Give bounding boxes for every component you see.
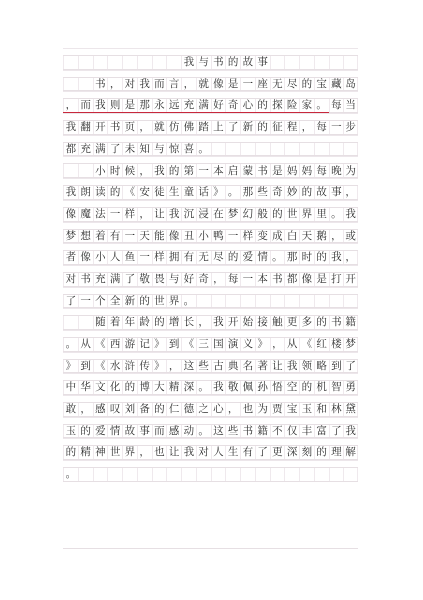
grid-cell: 刘 [122, 403, 137, 416]
grid-cell: 增 [166, 316, 181, 329]
grid-cell: 佩 [240, 381, 255, 394]
grid-cell [343, 56, 358, 69]
grid-cell [63, 164, 78, 177]
grid-cell: 的 [152, 403, 167, 416]
grid-cell: 和 [314, 403, 329, 416]
grid-cell: 安 [137, 186, 152, 199]
cell-strip: ，而我则是那永远充满好奇心的探险家。每当 [63, 98, 358, 113]
grid-cell: 界 [299, 208, 314, 221]
cell-strip: 我翻开书页，就仿佛踏上了新的征程，每一步 [63, 120, 358, 135]
grid-cell [225, 468, 240, 481]
grid-cell: 言 [166, 78, 181, 91]
grid-cell: 孙 [255, 381, 270, 394]
grid-cell: 刻 [299, 446, 314, 459]
grid-cell [284, 295, 299, 308]
grid-cell: 长 [181, 316, 196, 329]
grid-cell: 一 [122, 230, 137, 243]
grid-cell: 充 [78, 143, 93, 156]
grid-cell: 化 [107, 381, 122, 394]
grid-cell [93, 468, 108, 481]
cell-strip: 小时候，我的第一本启蒙书是妈妈每晚为 [63, 163, 358, 178]
grid-cell: 。 [63, 338, 78, 351]
grid-cell: 永 [152, 99, 167, 112]
grid-cell: 《 [181, 338, 196, 351]
grid-cell: 智 [329, 381, 344, 394]
grid-cell: 一 [329, 121, 344, 134]
grid-cell: 浸 [196, 208, 211, 221]
grid-cell: 故 [240, 56, 255, 69]
grid-cell: 个 [93, 295, 108, 308]
grid-cell: 那 [240, 186, 255, 199]
grid-cell: 仅 [284, 425, 299, 438]
grid-cell: 满 [107, 273, 122, 286]
grid-cell: 些 [255, 186, 270, 199]
grid-cell: 富 [314, 425, 329, 438]
grid-cell [196, 295, 211, 308]
grid-cell: 的 [255, 99, 270, 112]
grid-cell: 拥 [166, 251, 181, 264]
grid-cell: 梦 [225, 208, 240, 221]
grid-cell [93, 56, 108, 69]
grid-cell: 小 [93, 251, 108, 264]
grid-cell: 每 [329, 99, 344, 112]
grid-cell: 情 [107, 425, 122, 438]
cell-strip: 玉的爱情故事而感动。这些书籍不仅丰富了我 [63, 424, 358, 439]
grid-cell: 悟 [270, 381, 285, 394]
grid-cell: 妙 [284, 186, 299, 199]
grid-cell: 这 [211, 425, 226, 438]
grid-cell: 每 [314, 164, 329, 177]
text-row: 的精神世界，也让我对人生有了更深刻的理解 [63, 438, 358, 460]
grid-cell: 喜 [181, 143, 196, 156]
text-row: 者像小人鱼一样拥有无尽的爱情。那时的我， [63, 243, 358, 265]
grid-cell: 而 [152, 78, 167, 91]
grid-cell: 楼 [329, 338, 344, 351]
grid-cell: 是 [270, 164, 285, 177]
grid-cell: 到 [166, 338, 181, 351]
grid-cell [240, 295, 255, 308]
grid-cell: 水 [107, 360, 122, 373]
grid-cell [299, 468, 314, 481]
title-row: 我与书的故事 [63, 48, 358, 70]
grid-cell: 随 [93, 316, 108, 329]
grid-cell: 》 [152, 338, 167, 351]
grid-cell: 全 [107, 295, 122, 308]
grid-cell: 到 [78, 360, 93, 373]
grid-cell: 。 [225, 186, 240, 199]
grid-cell: 畏 [152, 273, 167, 286]
grid-cell: 国 [211, 338, 226, 351]
grid-cell: 佛 [181, 121, 196, 134]
grid-cell [270, 143, 285, 156]
cell-strip: 者像小人鱼一样拥有无尽的爱情。那时的我， [63, 250, 358, 265]
grid-cell: 满 [93, 143, 108, 156]
grid-cell: 的 [299, 381, 314, 394]
grid-cell: 候 [122, 164, 137, 177]
grid-cell: ， [137, 164, 152, 177]
grid-cell [152, 56, 167, 69]
grid-cell: 游 [122, 338, 137, 351]
grid-cell: 我 [181, 56, 196, 69]
grid-cell: 神 [93, 446, 108, 459]
grid-cell [299, 143, 314, 156]
grid-cell: 古 [211, 360, 226, 373]
grid-cell: 了 [255, 446, 270, 459]
grid-cell: 鱼 [122, 251, 137, 264]
grid-cell: 大 [152, 381, 167, 394]
grid-cell: 这 [181, 360, 196, 373]
grid-cell: 让 [152, 208, 167, 221]
grid-cell: ， [211, 273, 226, 286]
grid-cell: 《 [122, 186, 137, 199]
grid-cell: 深 [284, 446, 299, 459]
grid-cell: 我 [152, 164, 167, 177]
grid-cell [343, 295, 358, 308]
grid-cell: 西 [107, 338, 122, 351]
grid-cell: 世 [107, 446, 122, 459]
grid-cell: 晚 [329, 164, 344, 177]
grid-cell: 》 [211, 186, 226, 199]
cell-strip: 了一个全新的世界。 [63, 294, 358, 309]
text-row: 。 [63, 460, 358, 482]
grid-cell: 我 [211, 381, 226, 394]
grid-cell: 始 [240, 316, 255, 329]
grid-cell: ， [78, 403, 93, 416]
grid-cell: 的 [122, 381, 137, 394]
grid-cell: 而 [78, 99, 93, 112]
grid-cell: 演 [225, 338, 240, 351]
grid-cell: ， [299, 121, 314, 134]
grid-cell: 生 [166, 186, 181, 199]
grid-cell: 沉 [181, 208, 196, 221]
grid-cell: 幻 [240, 208, 255, 221]
grid-cell: 充 [181, 99, 196, 112]
text-row: ，而我则是那永远充满好奇心的探险家。每当 [63, 91, 358, 113]
grid-cell: 的 [137, 295, 152, 308]
grid-cell: 则 [107, 99, 122, 112]
grid-cell: 无 [270, 78, 285, 91]
grid-cell: ， [181, 78, 196, 91]
grid-cell: 无 [196, 251, 211, 264]
grid-cell: 书 [78, 273, 93, 286]
grid-cell: 人 [107, 251, 122, 264]
grid-cell: 远 [166, 99, 181, 112]
grid-cell: 像 [78, 251, 93, 264]
grid-cell [137, 468, 152, 481]
grid-cell [284, 468, 299, 481]
grid-cell: 书 [240, 425, 255, 438]
grid-cell: 空 [284, 381, 299, 394]
grid-cell: 。 [329, 208, 344, 221]
grid-cell: 多 [299, 316, 314, 329]
grid-bottom-border [63, 548, 358, 549]
grid-cell: 我 [343, 425, 358, 438]
grid-cell: 心 [240, 99, 255, 112]
grid-cell: 为 [343, 164, 358, 177]
grid-cell: 爱 [93, 425, 108, 438]
grid-cell [63, 56, 78, 69]
grid-cell: 一 [107, 208, 122, 221]
grid-cell [329, 295, 344, 308]
grid-cell: 每 [225, 273, 240, 286]
grid-cell [78, 316, 93, 329]
grid-cell: 朗 [78, 186, 93, 199]
grid-cell: 蒙 [240, 164, 255, 177]
grid-cell: 勇 [343, 381, 358, 394]
grid-cell: 是 [122, 99, 137, 112]
grid-cell: 》 [63, 360, 78, 373]
grid-cell: 是 [314, 273, 329, 286]
grid-cell: 魔 [78, 208, 93, 221]
grid-cell: 的 [152, 316, 167, 329]
grid-cell: 鹅 [314, 230, 329, 243]
grid-cell: 或 [343, 230, 358, 243]
text-row: 梦想着有一天能像丑小鸭一样变成白天鹅，或 [63, 222, 358, 244]
grid-cell: 程 [284, 121, 299, 134]
grid-cell: 开 [93, 121, 108, 134]
grid-cell: 事 [255, 56, 270, 69]
grid-cell: ， [329, 230, 344, 243]
cell-strip: 我朗读的《安徒生童话》。那些奇妙的故事， [63, 185, 358, 200]
text-row: 我朗读的《安徒生童话》。那些奇妙的故事， [63, 178, 358, 200]
grid-cell: 著 [255, 360, 270, 373]
cell-strip: 我与书的故事 [63, 55, 358, 70]
grid-cell: 解 [343, 446, 358, 459]
grid-cell: 好 [181, 273, 196, 286]
grid-cell [166, 56, 181, 69]
grid-cell: 天 [137, 230, 152, 243]
grid-cell: ， [270, 338, 285, 351]
grid-cell: 妈 [284, 164, 299, 177]
cell-strip: 对书充满了敬畏与好奇，每一本书都像是打开 [63, 272, 358, 287]
grid-cell [63, 316, 78, 329]
grid-cell: 对 [196, 446, 211, 459]
grid-cell: ， [137, 208, 152, 221]
grid-cell: 玉 [299, 403, 314, 416]
grid-cell: ， [225, 403, 240, 416]
grid-cell: 就 [152, 121, 167, 134]
grid-cell: 的 [299, 186, 314, 199]
grid-cell [78, 164, 93, 177]
grid-cell: 。 [181, 295, 196, 308]
grid-cell: 的 [270, 208, 285, 221]
grid-cell: 理 [329, 446, 344, 459]
grid-cell: 样 [152, 251, 167, 264]
grid-cell [255, 295, 270, 308]
grid-cell: 丰 [299, 425, 314, 438]
grid-cell: 着 [107, 316, 122, 329]
grid-cell: 籍 [343, 316, 358, 329]
grid-cell [78, 468, 93, 481]
text-row: 书，对我而言，就像是一座无尽的宝藏岛 [63, 70, 358, 92]
grid-cell [122, 468, 137, 481]
grid-cell [329, 468, 344, 481]
grid-cell: 为 [255, 403, 270, 416]
grid-cell: 妈 [299, 164, 314, 177]
grid-cell: 样 [122, 208, 137, 221]
grid-cell: 仿 [166, 121, 181, 134]
grid-cell: 有 [107, 230, 122, 243]
grid-cell: 玉 [63, 425, 78, 438]
cell-strip: 随着年龄的增长，我开始接触更多的书籍 [63, 315, 358, 330]
text-row: 了一个全新的世界。 [63, 287, 358, 309]
grid-cell: 奇 [196, 273, 211, 286]
grid-cell: 精 [166, 381, 181, 394]
grid-cell [211, 295, 226, 308]
grid-cell [329, 56, 344, 69]
grid-cell: 打 [329, 273, 344, 286]
grid-cell: 与 [152, 143, 167, 156]
grid-cell: 了 [225, 121, 240, 134]
grid-cell: 上 [211, 121, 226, 134]
grid-cell: 书 [211, 56, 226, 69]
grid-cell: 法 [93, 208, 108, 221]
grid-cell: 而 [152, 425, 167, 438]
grid-cell: 事 [329, 186, 344, 199]
grid-cell: 是 [225, 78, 240, 91]
grid-cell: 都 [284, 273, 299, 286]
grid-cell: 的 [107, 186, 122, 199]
grid-cell: 略 [314, 360, 329, 373]
grid-cell: 能 [152, 230, 167, 243]
grid-cell: 奇 [270, 186, 285, 199]
grid-cell [299, 295, 314, 308]
grid-cell: 踏 [196, 121, 211, 134]
grid-cell: 变 [255, 230, 270, 243]
grid-cell: 备 [137, 403, 152, 416]
grid-cell: 开 [343, 273, 358, 286]
grid-cell: 让 [270, 360, 285, 373]
grid-cell: 动 [181, 425, 196, 438]
grid-cell: 《 [93, 360, 108, 373]
grid-cell: 爱 [240, 251, 255, 264]
grid-cell: 每 [314, 121, 329, 134]
grid-cell [225, 295, 240, 308]
grid-cell: ， [137, 446, 152, 459]
grid-cell: 本 [211, 164, 226, 177]
grid-cell: 。 [196, 143, 211, 156]
grid-cell: 满 [196, 99, 211, 112]
grid-cell: 天 [299, 230, 314, 243]
grid-cell: 感 [166, 425, 181, 438]
grid-cell: 与 [166, 273, 181, 286]
grid-cell: 。 [196, 381, 211, 394]
grid-cell: 更 [270, 446, 285, 459]
text-row: 敢，感叹刘备的仁德之心，也为贾宝玉和林黛 [63, 395, 358, 417]
grid-cell: 的 [299, 78, 314, 91]
grid-cell [78, 78, 93, 91]
grid-cell: 一 [137, 251, 152, 264]
grid-cell: 世 [284, 208, 299, 221]
grid-cell: 精 [78, 446, 93, 459]
grid-cell: 有 [181, 251, 196, 264]
grid-cell: 深 [181, 381, 196, 394]
grid-cell: 童 [181, 186, 196, 199]
grid-cell [314, 56, 329, 69]
grid-cell: 知 [137, 143, 152, 156]
grid-cell: 记 [137, 338, 152, 351]
grid-cell: 像 [166, 230, 181, 243]
grid-cell: 界 [166, 295, 181, 308]
grid-cell: 。 [63, 468, 78, 481]
grid-cell [196, 468, 211, 481]
grid-cell: 华 [78, 381, 93, 394]
grid-cell: 本 [255, 273, 270, 286]
grid-cell: 浒 [122, 360, 137, 373]
grid-cell [284, 143, 299, 156]
grid-cell: 在 [211, 208, 226, 221]
grid-cell [270, 295, 285, 308]
grid-cell: 《 [299, 338, 314, 351]
grid-cell: 了 [329, 425, 344, 438]
grid-cell: 故 [122, 425, 137, 438]
grid-cell: 中 [63, 381, 78, 394]
grid-cell [181, 468, 196, 481]
grid-cell: 征 [270, 121, 285, 134]
grid-cell: 。 [270, 251, 285, 264]
grid-cell: 一 [78, 295, 93, 308]
grid-cell: 之 [196, 403, 211, 416]
grid-cell [240, 143, 255, 156]
grid-cell: 书 [93, 78, 108, 91]
grid-cell [314, 143, 329, 156]
grid-cell: 传 [137, 360, 152, 373]
grid-cell [270, 468, 285, 481]
grid-cell: 年 [122, 316, 137, 329]
grid-cell [343, 468, 358, 481]
grid-cell: 一 [196, 164, 211, 177]
grid-cell: 心 [211, 403, 226, 416]
grid-cell: 林 [329, 403, 344, 416]
cell-strip: 敢，感叹刘备的仁德之心，也为贾宝玉和林黛 [63, 402, 358, 417]
grid-cell: 险 [284, 99, 299, 112]
cell-strip: 。从《西游记》到《三国演义》，从《红楼梦 [63, 337, 358, 352]
grid-cell: 博 [137, 381, 152, 394]
grid-cell: 贾 [270, 403, 285, 416]
grid-cell: 般 [255, 208, 270, 221]
grid-cell [107, 468, 122, 481]
grid-cell: 好 [211, 99, 226, 112]
text-row: 中华文化的博大精深。我敬佩孙悟空的机智勇 [63, 373, 358, 395]
grid-cell: 接 [255, 316, 270, 329]
grid-cell: 对 [122, 78, 137, 91]
text-row: 对书充满了敬畏与好奇，每一本书都像是打开 [63, 265, 358, 287]
grid-cell [122, 56, 137, 69]
grid-cell: 。 [196, 425, 211, 438]
grid-cell: 我 [166, 208, 181, 221]
grid-cell [63, 78, 78, 91]
grid-cell: 我 [181, 446, 196, 459]
grid-cell: 龄 [137, 316, 152, 329]
grid-cell: 的 [255, 121, 270, 134]
grid-cell: 了 [122, 273, 137, 286]
grid-cell [137, 56, 152, 69]
grid-cell: 与 [196, 56, 211, 69]
grid-cell [152, 468, 167, 481]
grid-cell: 了 [63, 295, 78, 308]
grid-cell: 》 [152, 360, 167, 373]
grid-cell: 奇 [225, 99, 240, 112]
grid-cell: 第 [181, 164, 196, 177]
grid-cell: 》 [255, 338, 270, 351]
grid-cell: 着 [93, 230, 108, 243]
grid-cell: 的 [225, 56, 240, 69]
grid-cell: 新 [240, 121, 255, 134]
grid-cell: 故 [314, 186, 329, 199]
grid-cell: ， [107, 78, 122, 91]
cell-strip: 中华文化的博大精深。我敬佩孙悟空的机智勇 [63, 380, 358, 395]
grid-cell: 梦 [63, 230, 78, 243]
